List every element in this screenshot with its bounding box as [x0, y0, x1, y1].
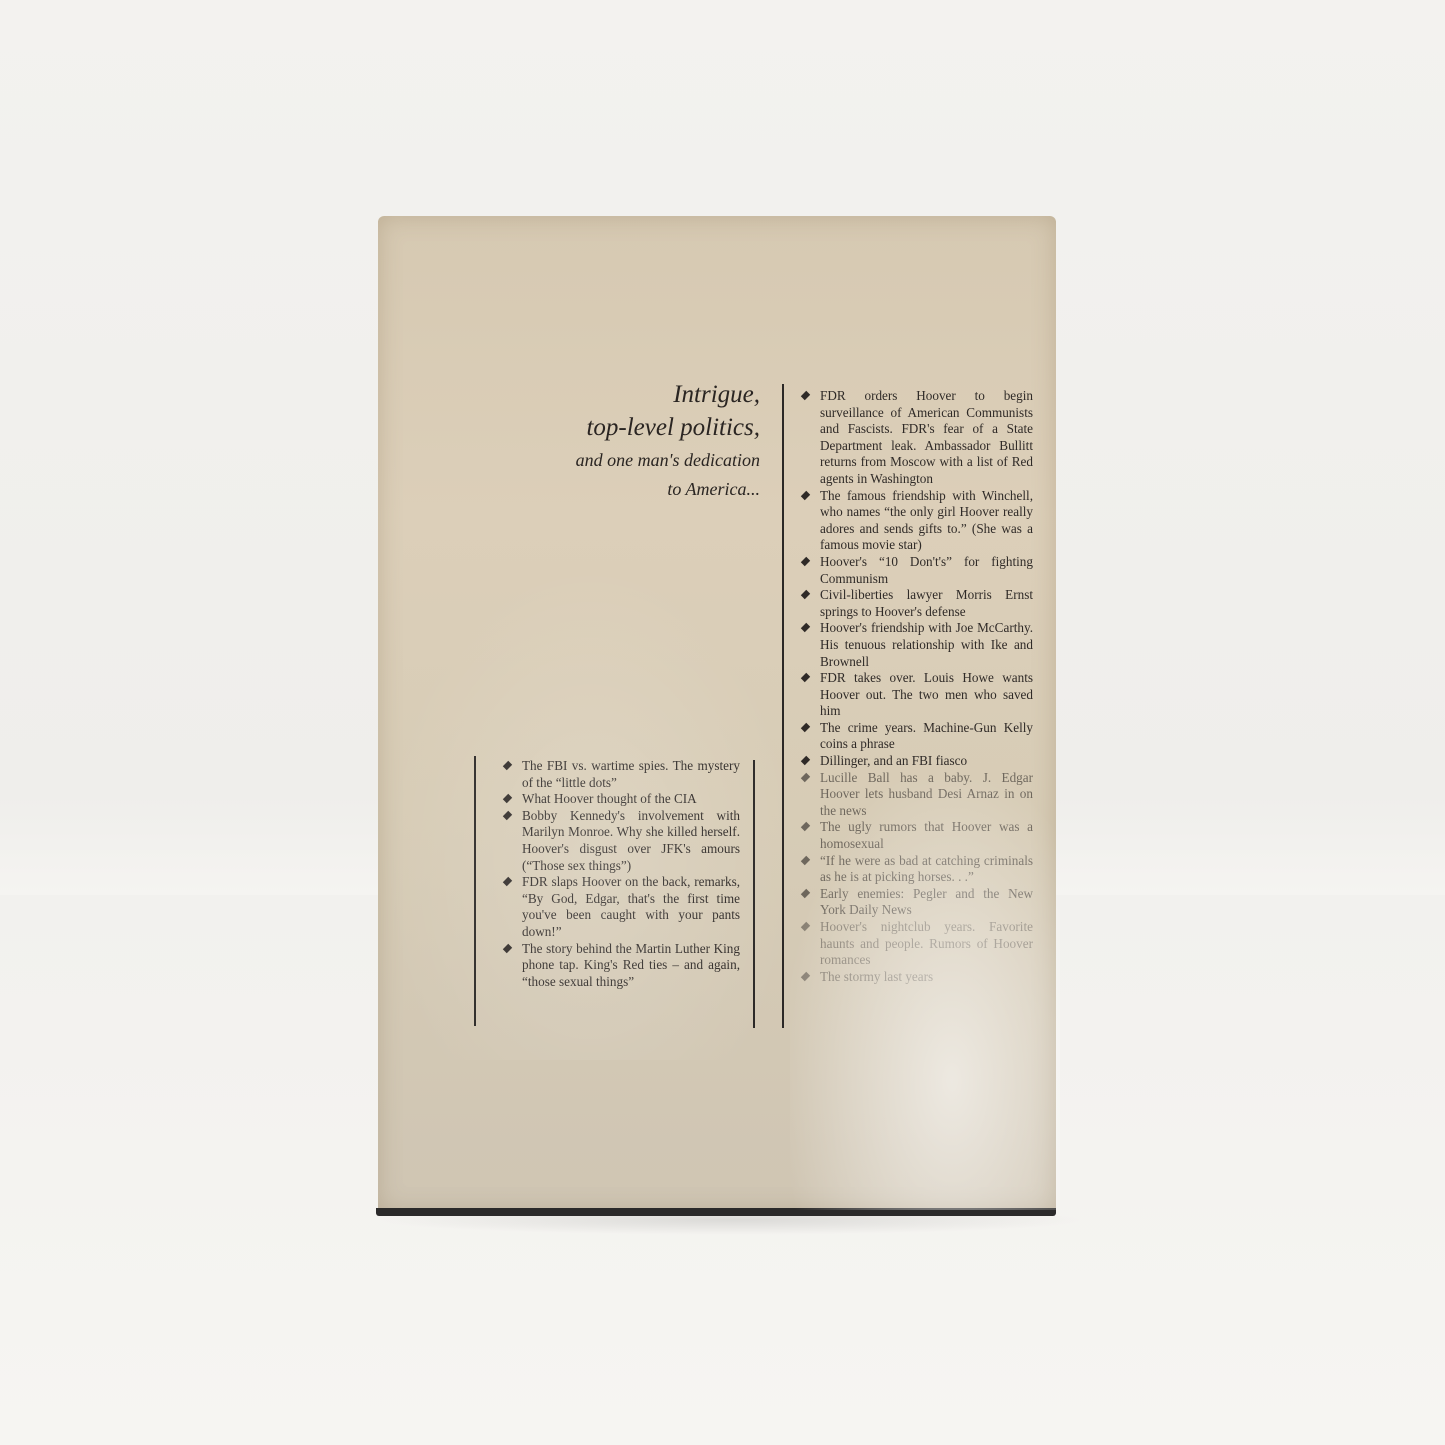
list-item: Civil-liberties lawyer Morris Ernst spri… — [800, 587, 1033, 620]
diamond-bullet-icon — [801, 673, 810, 682]
list-item: “If he were as bad at catching criminals… — [800, 853, 1033, 886]
list-item: Bobby Kennedy's involvement with Marilyn… — [502, 808, 740, 874]
diamond-bullet-icon — [801, 772, 810, 781]
left-column-rule-left — [474, 756, 476, 1026]
headline-line-4: to America... — [480, 475, 760, 503]
list-item: Dillinger, and an FBI fiasco — [800, 753, 1033, 770]
list-item: The crime years. Machine-Gun Kelly coins… — [800, 720, 1033, 753]
list-item: The stormy last years — [800, 969, 1033, 986]
book-bottom-edge — [376, 1208, 1056, 1216]
diamond-bullet-icon — [503, 811, 512, 820]
diamond-bullet-icon — [801, 723, 810, 732]
diamond-bullet-icon — [801, 922, 810, 931]
list-item: FDR takes over. Louis Howe wants Hoover … — [800, 670, 1033, 720]
left-column-list: The FBI vs. wartime spies. The mystery o… — [502, 758, 740, 990]
diamond-bullet-icon — [801, 855, 810, 864]
diamond-bullet-icon — [801, 972, 810, 981]
list-item: Hoover's friendship with Joe McCarthy. H… — [800, 620, 1033, 670]
diamond-bullet-icon — [503, 761, 512, 770]
diamond-bullet-icon — [801, 391, 810, 400]
headline-line-2: top-level politics, — [480, 411, 760, 444]
list-item: What Hoover thought of the CIA — [502, 791, 740, 808]
diamond-bullet-icon — [801, 490, 810, 499]
headline-line-3: and one man's dedication — [480, 446, 760, 475]
headline-line-1: Intrigue, — [480, 378, 760, 411]
list-item: The ugly rumors that Hoover was a homose… — [800, 819, 1033, 852]
right-column-list: FDR orders Hoover to begin surveillance … — [800, 388, 1033, 985]
diamond-bullet-icon — [801, 822, 810, 831]
diamond-bullet-icon — [801, 623, 810, 632]
cover-headline: Intrigue, top-level politics, and one ma… — [480, 378, 760, 503]
list-item: Early enemies: Pegler and the New York D… — [800, 886, 1033, 919]
diamond-bullet-icon — [503, 794, 512, 803]
list-item: Hoover's “10 Don't's” for fighting Commu… — [800, 554, 1033, 587]
list-item: The famous friendship with Winchell, who… — [800, 488, 1033, 554]
list-item: FDR orders Hoover to begin surveillance … — [800, 388, 1033, 488]
diamond-bullet-icon — [503, 943, 512, 952]
list-item: The FBI vs. wartime spies. The mystery o… — [502, 758, 740, 791]
column-divider-main — [782, 384, 784, 1028]
left-column-rule-right — [753, 760, 755, 1028]
diamond-bullet-icon — [801, 557, 810, 566]
list-item: The story behind the Martin Luther King … — [502, 941, 740, 991]
diamond-bullet-icon — [801, 889, 810, 898]
diamond-bullet-icon — [503, 877, 512, 886]
diamond-bullet-icon — [801, 756, 810, 765]
list-item: FDR slaps Hoover on the back, remarks, “… — [502, 874, 740, 940]
list-item: Hoover's nightclub years. Favorite haunt… — [800, 919, 1033, 969]
diamond-bullet-icon — [801, 590, 810, 599]
list-item: Lucille Ball has a baby. J. Edgar Hoover… — [800, 770, 1033, 820]
